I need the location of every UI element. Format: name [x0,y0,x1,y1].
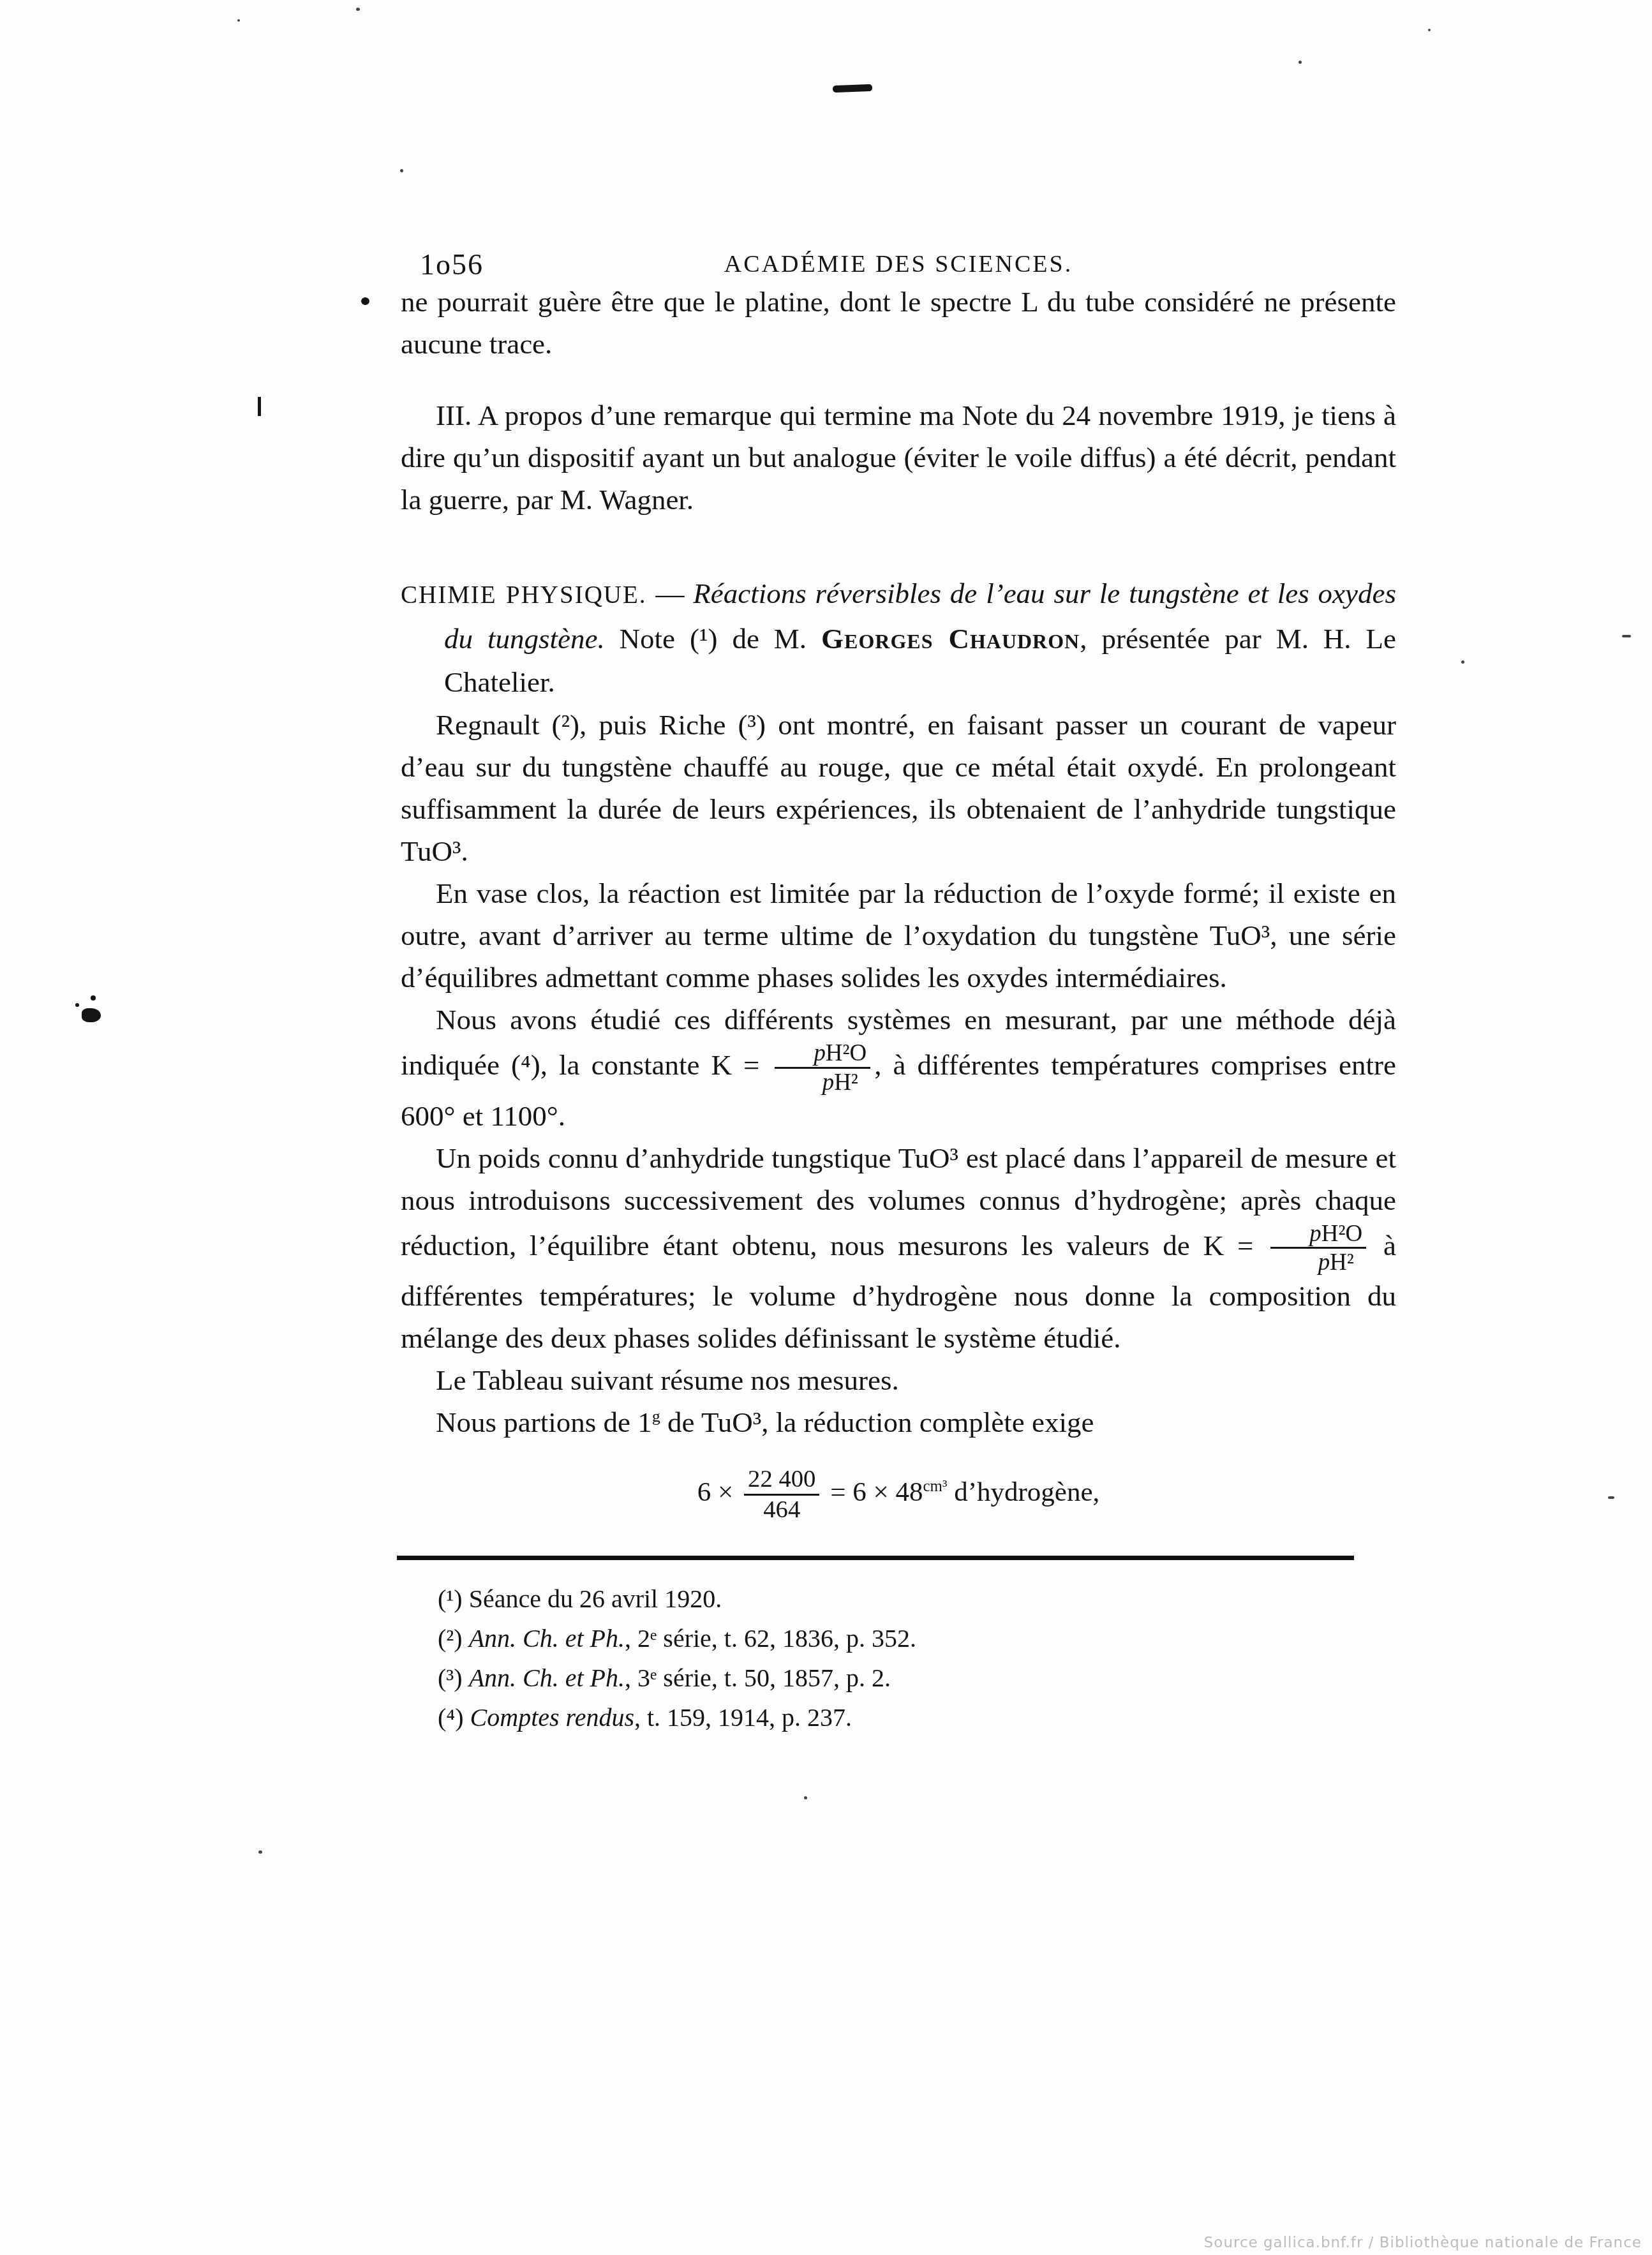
displayed-formula: 6 × 22 400464 = 6 × 48cm³ d’hydrogène, [401,1466,1396,1522]
body-paragraph-regnault: Regnault (²), puis Riche (³) ont montré,… [401,704,1396,872]
inline-fraction-k: pH²OpH² [775,1041,870,1095]
ink-dot [361,297,369,305]
ink-speck [1299,61,1302,64]
running-title: ACADÉMIE DES SCIENCES. [401,250,1396,278]
body-paragraph-methode: Nous avons étudié ces différents système… [401,999,1396,1137]
ink-smudge [833,84,872,93]
footnote-text: , 2ᵉ série, t. 62, 1836, p. 352. [625,1624,916,1653]
ink-blot [82,1008,101,1022]
heading-dash: — [647,577,694,609]
footnote-text: , 3ᵉ série, t. 50, 1857, p. 2. [625,1663,891,1692]
fraction-p: p [814,1039,825,1066]
fraction-p: p [1318,1249,1330,1275]
body-paragraph-partions: Nous partions de 1g de TuO³, la réductio… [401,1401,1396,1443]
fraction-p: p [822,1069,834,1095]
body-paragraph-remark: III. A propos d’une remarque qui termine… [401,394,1396,521]
fraction-numerator: H²O [826,1039,867,1066]
ink-speck [75,1003,79,1007]
footnote-text [463,1624,469,1653]
paragraph-text: Nous partions de 1 [436,1406,652,1438]
ink-speck [1461,660,1464,664]
footnote-marker: (²) [438,1624,463,1653]
inline-fraction-k: pH²OpH² [1270,1221,1366,1276]
footnote: (²) Ann. Ch. et Ph., 2ᵉ série, t. 62, 18… [401,1619,1396,1658]
author-name: Georges Chaudron [821,623,1080,655]
body-paragraph-tableau: Le Tableau suivant résume nos mesures. [401,1359,1396,1401]
footnote-italic: Ann. Ch. et Ph. [469,1663,625,1692]
footnote-separator-rule [397,1556,1354,1560]
footnote-text [463,1663,469,1692]
fraction-denominator: H² [1330,1249,1354,1275]
ink-speck [1608,1496,1614,1499]
footnote-text [464,1703,470,1732]
ink-speck [1428,29,1431,31]
formula-denominator: 464 [744,1494,819,1523]
text-column: 1o56 ACADÉMIE DES SCIENCES. ne pourrait … [401,248,1396,1738]
formula-fraction: 22 400464 [744,1466,819,1522]
footnote-marker: (⁴) [438,1703,464,1732]
footnote-text: Séance du 26 avril 1920. [463,1584,722,1613]
paragraph-text: Un poids connu d’anhydride tungstique Tu… [401,1142,1396,1261]
footnote-marker: (³) [438,1663,463,1692]
ink-speck [237,19,240,22]
fraction-denominator: H² [834,1069,858,1095]
paragraph-text: de TuO³, la réduction complète exige [660,1406,1094,1438]
ink-speck [356,8,360,11]
footnote-text: , t. 159, 1914, p. 237. [634,1703,852,1732]
formula-numerator: 22 400 [744,1466,819,1494]
discipline-label: CHIMIE PHYSIQUE. [401,581,647,609]
article-heading: CHIMIE PHYSIQUE. — Réactions réversibles… [401,572,1396,704]
ink-tick [258,397,261,416]
ink-speck [400,169,403,172]
ink-speck [1622,635,1631,637]
gallica-source-attribution: Source gallica.bnf.fr / Bibliothèque nat… [1204,2235,1642,2251]
body-paragraph-poids: Un poids connu d’anhydride tungstique Tu… [401,1137,1396,1360]
ink-speck [804,1796,807,1799]
cm3-superscript: cm³ [923,1478,947,1495]
fraction-p: p [1309,1220,1321,1246]
gram-superscript: g [652,1407,660,1425]
fraction-numerator: H²O [1321,1220,1362,1246]
note-prefix: Note (¹) de M. [605,623,821,655]
formula-lead: 6 × [697,1477,740,1507]
footnote: (¹) Séance du 26 avril 1920. [401,1579,1396,1619]
footnote-italic: Ann. Ch. et Ph. [469,1624,625,1653]
formula-tail: d’hydrogène, [947,1477,1099,1507]
scanned-page: 1o56 ACADÉMIE DES SCIENCES. ne pourrait … [0,0,1652,2255]
body-paragraph-vase-clos: En vase clos, la réaction est limitée pa… [401,872,1396,999]
footnote-italic: Comptes rendus [470,1703,634,1732]
formula-mid: = 6 × 48 [823,1477,923,1507]
footnotes-section: (¹) Séance du 26 avril 1920. (²) Ann. Ch… [401,1579,1396,1738]
body-paragraph-continuation: ne pourrait guère être que le platine, d… [401,281,1396,365]
footnote: (⁴) Comptes rendus, t. 159, 1914, p. 237… [401,1698,1396,1738]
footnote-marker: (¹) [438,1584,463,1613]
ink-speck [258,1850,262,1854]
page-header: 1o56 ACADÉMIE DES SCIENCES. [401,248,1396,281]
footnote: (³) Ann. Ch. et Ph., 3ᵉ série, t. 50, 18… [401,1658,1396,1698]
ink-speck [91,995,96,1001]
